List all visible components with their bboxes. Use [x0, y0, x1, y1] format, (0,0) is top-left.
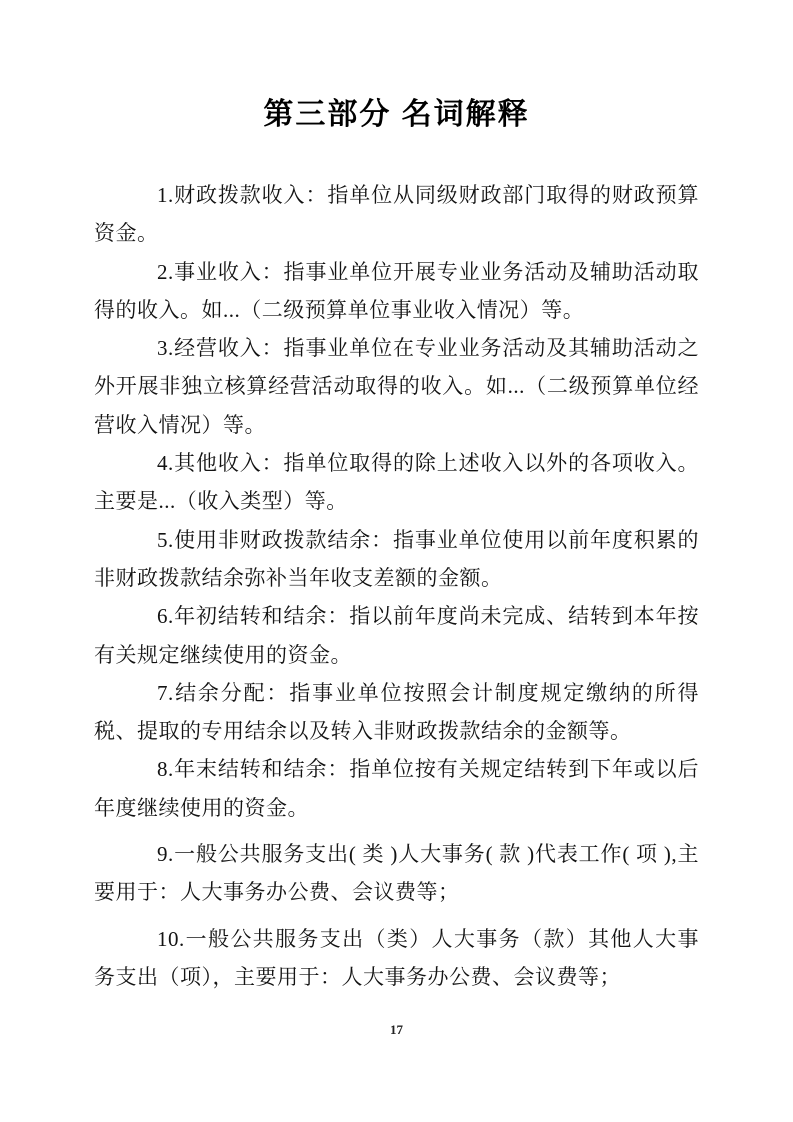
page-number: 17 — [0, 1022, 793, 1038]
paragraph-term-9: 9.一般公共服务支出( 类 )人大事务( 款 )代表工作( 项 ),主要用于：人… — [94, 835, 699, 912]
paragraph-term-4: 4.其他收入：指单位取得的除上述收入以外的各项收入。主要是...（收入类型）等。 — [94, 444, 699, 521]
paragraph-term-8: 8.年末结转和结余：指单位按有关规定结转到下年或以后年度继续使用的资金。 — [94, 750, 699, 827]
paragraph-term-5: 5.使用非财政拨款结余：指事业单位使用以前年度积累的非财政拨款结余弥补当年收支差… — [94, 521, 699, 598]
document-page: 第三部分 名词解释 1.财政拨款收入：指单位从同级财政部门取得的财政预算资金。 … — [0, 0, 793, 1122]
paragraph-term-3: 3.经营收入：指事业单位在专业业务活动及其辅助活动之外开展非独立核算经营活动取得… — [94, 329, 699, 444]
paragraph-term-7: 7.结余分配：指事业单位按照会计制度规定缴纳的所得税、提取的专用结余以及转入非财… — [94, 674, 699, 751]
paragraph-term-2: 2.事业收入：指事业单位开展专业业务活动及辅助活动取得的收入。如...（二级预算… — [94, 253, 699, 330]
paragraph-term-10: 10.一般公共服务支出（类）人大事务（款）其他人大事务支出（项），主要用于：人大… — [94, 920, 699, 997]
section-title: 第三部分 名词解释 — [94, 0, 699, 133]
paragraph-term-6: 6.年初结转和结余：指以前年度尚未完成、结转到本年按有关规定继续使用的资金。 — [94, 597, 699, 674]
glossary-body: 1.财政拨款收入：指单位从同级财政部门取得的财政预算资金。 2.事业收入：指事业… — [94, 176, 699, 996]
page-content: 第三部分 名词解释 1.财政拨款收入：指单位从同级财政部门取得的财政预算资金。 … — [0, 0, 793, 996]
paragraph-term-1: 1.财政拨款收入：指单位从同级财政部门取得的财政预算资金。 — [94, 176, 699, 253]
